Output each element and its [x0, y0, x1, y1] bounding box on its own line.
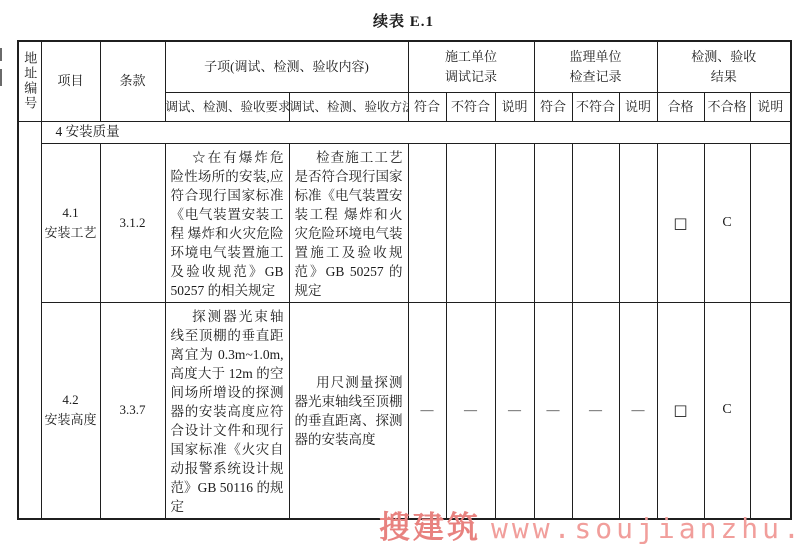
header-construction-unit-record: 施工单位 调试记录: [408, 41, 534, 92]
scan-artifact: [0, 48, 2, 61]
watermark: 搜建筑www.soujianzhu.cn: [379, 502, 800, 547]
header-address-number: 地址编号: [18, 41, 41, 121]
header-cu-explain: 说明: [495, 92, 534, 121]
cell-su-conform: —: [534, 302, 572, 519]
scan-artifact: [0, 69, 2, 86]
cell-cu-nonconform: —: [446, 302, 495, 519]
watermark-site-url: www.soujianzhu.cn: [491, 512, 800, 545]
table-row: 4.2 安装高度 3.3.7 探测器光束轴线至顶棚的垂直距离宜为 0.3m~1.…: [18, 302, 791, 519]
cell-result-explain: [750, 302, 791, 519]
header-pass: 合格: [657, 92, 704, 121]
cell-method: 用尺测量探测器光束轴线至顶棚的垂直距离、探测器的安装高度: [289, 302, 408, 519]
header-clause: 条款: [100, 41, 165, 121]
header-su-conform: 符合: [534, 92, 572, 121]
watermark-brand: 搜建筑: [379, 510, 481, 546]
header-su-explain: 说明: [619, 92, 657, 121]
header-project: 项目: [41, 41, 100, 121]
cell-cu-nonconform: [446, 143, 495, 302]
cell-method: 检查施工工艺是否符合现行国家标准《电气装置安装工程 爆炸和火灾危险环境电气装置施…: [289, 143, 408, 302]
cell-cu-explain: [495, 143, 534, 302]
header-cu-nonconform: 不符合: [446, 92, 495, 121]
header-su-nonconform: 不符合: [572, 92, 619, 121]
cell-cu-conform: —: [408, 302, 446, 519]
acceptance-record-table: 地址编号 项目 条款 子项(调试、检测、验收内容) 施工单位 调试记录 监理单位…: [17, 40, 792, 520]
cell-project: 4.2 安装高度: [41, 302, 100, 519]
cell-requirement: 探测器光束轴线至顶棚的垂直距离宜为 0.3m~1.0m,高度大于 12m 的空间…: [165, 302, 289, 519]
cell-su-explain: —: [619, 302, 657, 519]
table-row: 4.1 安装工艺 3.1.2 ☆在有爆炸危险性场所的安装,应符合现行国家标准《电…: [18, 143, 791, 302]
pass-checkbox: □: [657, 302, 704, 519]
cell-su-explain: [619, 143, 657, 302]
cell-fail-mark: C: [704, 302, 750, 519]
cell-su-nonconform: —: [572, 302, 619, 519]
header-address-number-label: 地址编号: [23, 51, 36, 111]
cell-su-conform: [534, 143, 572, 302]
section-title: 4 安装质量: [41, 121, 791, 143]
cell-clause: 3.1.2: [100, 143, 165, 302]
header-fail: 不合格: [704, 92, 750, 121]
header-result-explain: 说明: [750, 92, 791, 121]
header-subitem: 子项(调试、检测、验收内容): [165, 41, 408, 92]
cell-fail-mark: C: [704, 143, 750, 302]
cell-clause: 3.3.7: [100, 302, 165, 519]
cell-su-nonconform: [572, 143, 619, 302]
header-requirement: 调试、检测、验收要求: [165, 92, 289, 121]
cell-result-explain: [750, 143, 791, 302]
pass-checkbox: □: [657, 143, 704, 302]
header-method: 调试、检测、验收方法: [289, 92, 408, 121]
address-column-cell: [18, 121, 41, 519]
cell-requirement: ☆在有爆炸危险性场所的安装,应符合现行国家标准《电气装置安装工程 爆炸和火灾危险…: [165, 143, 289, 302]
cell-cu-explain: —: [495, 302, 534, 519]
header-cu-conform: 符合: [408, 92, 446, 121]
header-supervision-unit-record: 监理单位 检查记录: [534, 41, 657, 92]
header-inspection-result: 检测、验收 结果: [657, 41, 791, 92]
cell-cu-conform: [408, 143, 446, 302]
cell-project: 4.1 安装工艺: [41, 143, 100, 302]
page-title: 续表 E.1: [17, 10, 790, 31]
